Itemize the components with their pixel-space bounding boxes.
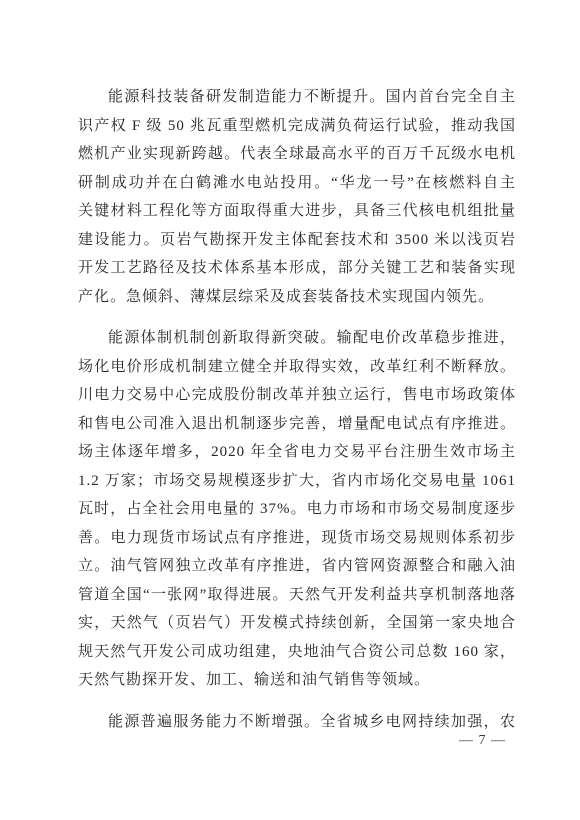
text-line: 产化。急倾斜、薄煤层综采及成套装备技术实现国内领先。 (78, 283, 516, 312)
text-line: 建设能力。页岩气勘探开发主体配套技术和 3500 米以浅页岩气 (78, 226, 516, 255)
text-line: 研制成功并在白鹤滩水电站投用。“华龙一号”在核燃料自主化、 (78, 169, 516, 198)
text-line: 能源体制机制创新取得新突破。输配电价改革稳步推进，市 (78, 324, 516, 353)
text-line: 和售电公司准入退出机制逐步完善，增量配电试点有序推进。市 (78, 410, 516, 439)
body-text: 能源科技装备研发制造能力不断提升。国内首台完全自主知 识产权 F 级 50 兆瓦… (78, 83, 516, 749)
text-line: 善。电力现货市场试点有序推进，现货市场交易规则体系初步建 (78, 524, 516, 553)
text-line: 瓦时，占全社会用电量的 37%。电力市场和市场交易制度逐步完 (78, 495, 516, 524)
text-line: 识产权 F 级 50 兆瓦重型燃机完成满负荷运行试验，推动我国自主 (78, 112, 516, 141)
text-line: 川电力交易中心完成股份制改革并独立运行，售电市场政策体系 (78, 381, 516, 410)
text-line: 规天然气开发公司成功组建，央地油气合资公司总数 160 家，覆盖 (78, 638, 516, 667)
text-line: 关键材料工程化等方面取得重大进步，具备三代核电机组批量化 (78, 197, 516, 226)
document-page: 能源科技装备研发制造能力不断提升。国内首台完全自主知 识产权 F 级 50 兆瓦… (0, 0, 580, 820)
text-line: 立。油气管网独立改革有序推进，省内管网资源整合和融入油气 (78, 552, 516, 581)
text-paragraph: 能源科技装备研发制造能力不断提升。国内首台完全自主知 识产权 F 级 50 兆瓦… (78, 83, 516, 311)
text-line: 燃机产业实现新跨越。代表全球最高水平的百万千瓦级水电机组 (78, 140, 516, 169)
text-line: 场主体逐年增多，2020 年全省电力交易平台注册生效市场主体超 (78, 438, 516, 467)
text-line: 管道全国“一张网”取得进展。天然气开发利益共享机制落地落 (78, 581, 516, 610)
page-number: — 7 — (459, 731, 506, 751)
text-line: 场化电价形成机制建立健全并取得实效，改革红利不断释放。四 (78, 353, 516, 382)
text-line: 实，天然气（页岩气）开发模式持续创新，全国第一家央地合资常 (78, 609, 516, 638)
text-line: 能源科技装备研发制造能力不断提升。国内首台完全自主知 (78, 83, 516, 112)
text-line: 能源普遍服务能力不断增强。全省城乡电网持续加强，农村 (78, 708, 516, 737)
text-line: 1.2 万家；市场交易规模逐步扩大，省内市场化交易电量 1061 亿千 (78, 467, 516, 496)
text-line: 天然气勘探开发、加工、输送和油气销售等领域。 (78, 666, 516, 695)
text-paragraph: 能源体制机制创新取得新突破。输配电价改革稳步推进，市 场化电价形成机制建立健全并… (78, 324, 516, 695)
text-paragraph: 能源普遍服务能力不断增强。全省城乡电网持续加强，农村 (78, 708, 516, 737)
text-line: 开发工艺路径及技术体系基本形成，部分关键工艺和装备实现国 (78, 254, 516, 283)
